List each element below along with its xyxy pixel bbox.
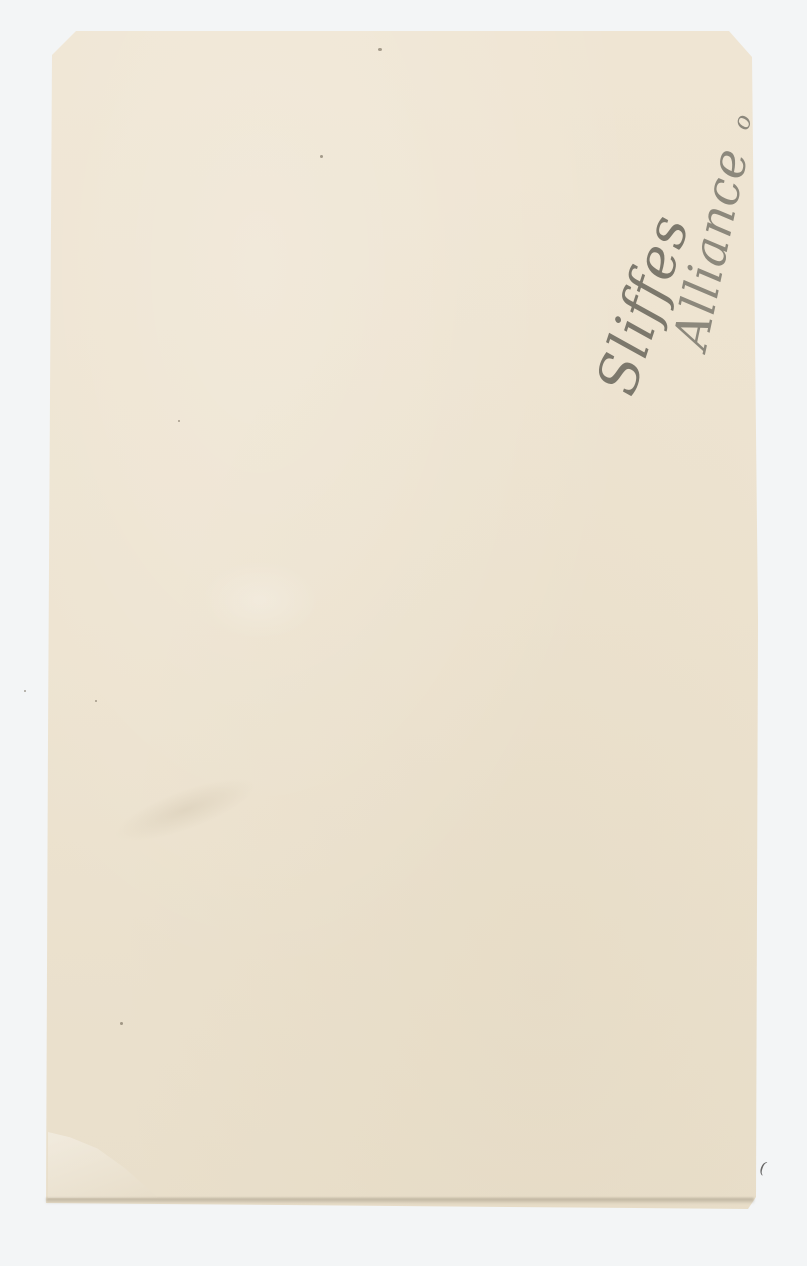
paper-speck	[120, 1022, 123, 1025]
paper-speck	[320, 155, 323, 158]
card-back	[46, 31, 758, 1209]
paper-speck	[378, 48, 382, 51]
paper-speck	[95, 700, 97, 702]
background-speck	[24, 690, 26, 692]
card-bottom-shadow	[46, 1198, 754, 1204]
paper-speck	[178, 420, 180, 422]
background-stray-mark: (	[757, 1158, 769, 1178]
